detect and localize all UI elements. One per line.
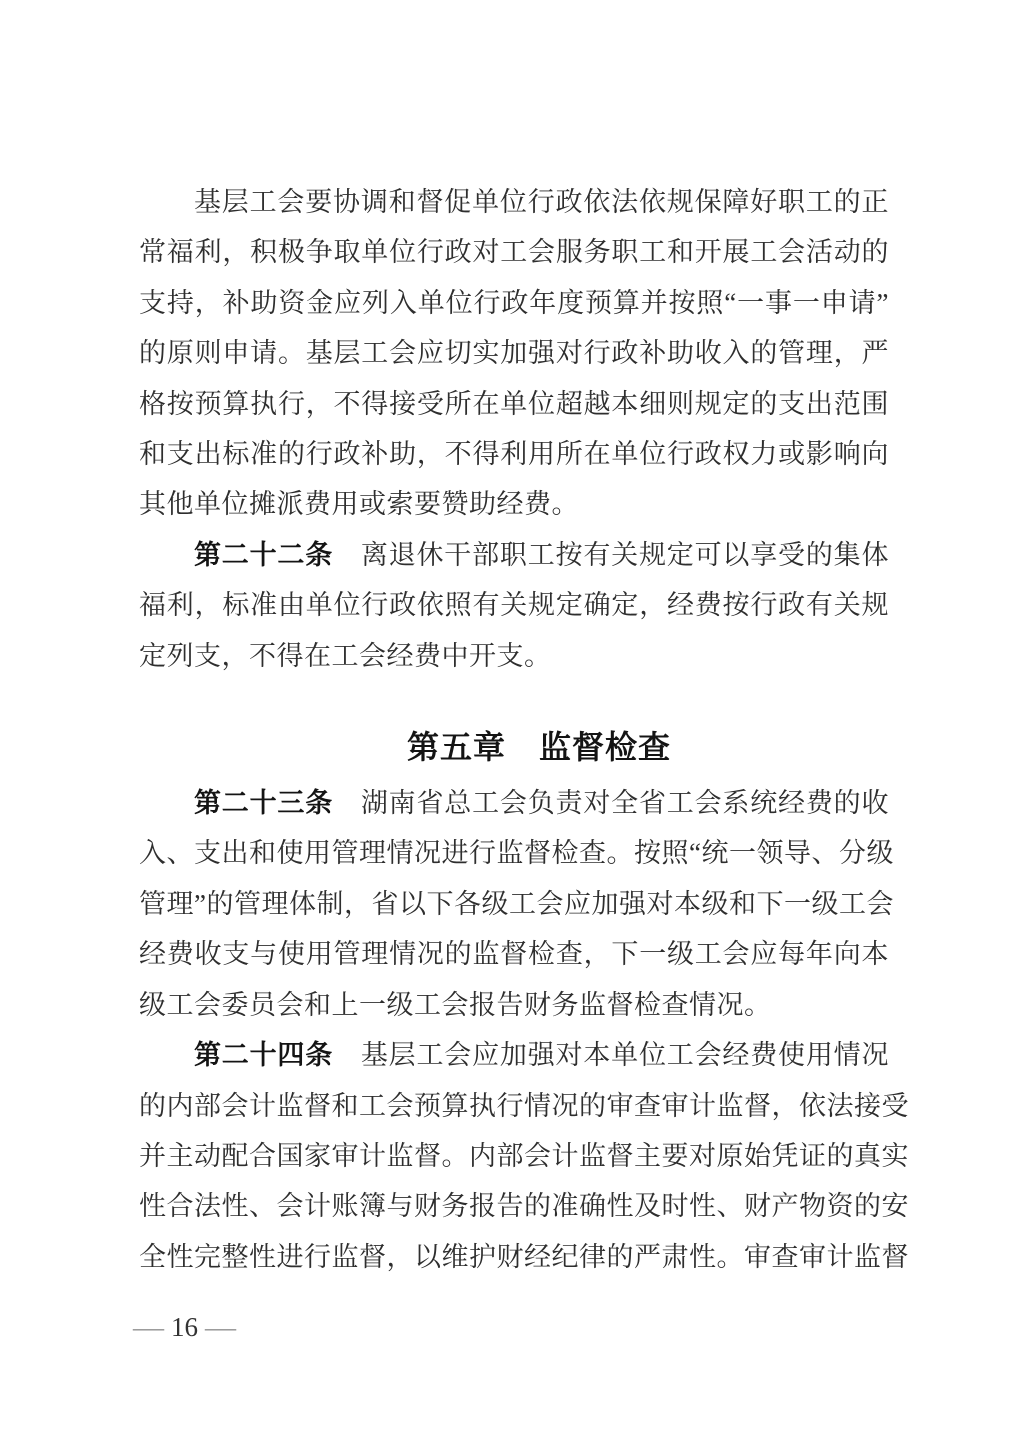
chapter-heading: 第五章 监督检查 xyxy=(164,722,914,772)
text-line: 第二十二条 离退休干部职工按有关规定可以享受的集体 xyxy=(139,530,889,580)
page-footer: — 16 — xyxy=(135,1312,234,1343)
paragraph: 第二十三条 湖南省总工会负责对全省工会系统经费的收入、支出和使用管理情况进行监督… xyxy=(139,778,889,1030)
document-page: 基层工会要协调和督促单位行政依法依规保障好职工的正常福利，积极争取单位行政对工会… xyxy=(0,0,1024,1448)
text-line: 并主动配合国家审计监督。内部会计监督主要对原始凭证的真实 xyxy=(139,1131,889,1181)
text-line: 常福利，积极争取单位行政对工会服务职工和开展工会活动的 xyxy=(139,227,889,277)
text-line: 支持，补助资金应列入单位行政年度预算并按照“一事一申请” xyxy=(139,278,889,328)
text-line: 第二十四条 基层工会应加强对本单位工会经费使用情况 xyxy=(139,1030,889,1080)
text-line: 基层工会要协调和督促单位行政依法依规保障好职工的正 xyxy=(139,177,889,227)
text-line: 管理”的管理体制，省以下各级工会应加强对本级和下一级工会 xyxy=(139,879,889,929)
footer-dash-right: — xyxy=(205,1312,236,1343)
text-line: 入、支出和使用管理情况进行监督检查。按照“统一领导、分级 xyxy=(139,828,889,878)
text-line: 其他单位摊派费用或索要赞助经费。 xyxy=(139,479,889,529)
text-line: 性合法性、会计账簿与财务报告的准确性及时性、财产物资的安 xyxy=(139,1181,889,1231)
article-number: 第二十二条 xyxy=(194,540,333,570)
text-line: 定列支，不得在工会经费中开支。 xyxy=(139,631,889,681)
text-line: 经费收支与使用管理情况的监督检查，下一级工会应每年向本 xyxy=(139,929,889,979)
article-number: 第二十四条 xyxy=(194,1040,333,1070)
text-line: 格按预算执行，不得接受所在单位超越本细则规定的支出范围 xyxy=(139,379,889,429)
text-block: 基层工会要协调和督促单位行政依法依规保障好职工的正常福利，积极争取单位行政对工会… xyxy=(139,177,889,1282)
article-number: 第二十三条 xyxy=(194,788,333,818)
text-line: 和支出标准的行政补助，不得利用所在单位行政权力或影响向 xyxy=(139,429,889,479)
text-line: 级工会委员会和上一级工会报告财务监督检查情况。 xyxy=(139,980,889,1030)
paragraph: 第二十二条 离退休干部职工按有关规定可以享受的集体福利，标准由单位行政依照有关规… xyxy=(139,530,889,681)
text-line: 福利，标准由单位行政依照有关规定确定，经费按行政有关规 xyxy=(139,580,889,630)
paragraph: 第二十四条 基层工会应加强对本单位工会经费使用情况的内部会计监督和工会预算执行情… xyxy=(139,1030,889,1282)
text-line: 全性完整性进行监督，以维护财经纪律的严肃性。审查审计监督 xyxy=(139,1232,889,1282)
text-line: 的原则申请。基层工会应切实加强对行政补助收入的管理，严 xyxy=(139,328,889,378)
text-line: 第二十三条 湖南省总工会负责对全省工会系统经费的收 xyxy=(139,778,889,828)
paragraph: 基层工会要协调和督促单位行政依法依规保障好职工的正常福利，积极争取单位行政对工会… xyxy=(139,177,889,530)
page-number: 16 xyxy=(171,1312,198,1343)
footer-dash-left: — xyxy=(133,1312,164,1343)
text-line: 的内部会计监督和工会预算执行情况的审查审计监督，依法接受 xyxy=(139,1081,889,1131)
